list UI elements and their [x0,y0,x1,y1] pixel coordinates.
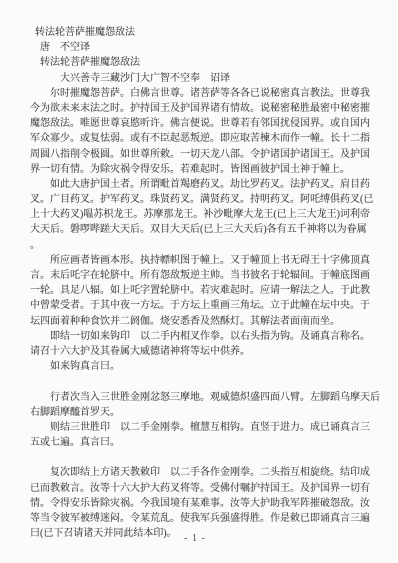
text-line: 魔怨敌法。唯愿世尊哀愍听许。佛言便说。世尊若有邻国扰侵国界。或自国内 [30,116,382,131]
text-line: 情。令得安乐皆除灾祸。今我国境有某难事。汝等大护助我军阵摧破怨敌。汝 [30,496,382,511]
text-line: 尔时摧魔怨菩萨。白佛言世尊。诸菩萨等各各已说秘密真言教法。世尊我 [30,86,382,101]
text-line: 唐 不空译 [30,40,382,55]
sutra-text-block: 转法轮菩萨摧魔怨敌法 唐 不空译 转法轮菩萨摧魔怨敌法 大兴善寺三藏沙门大广智不… [30,25,382,541]
text-line: 即结一切如来钩印 以二手内相叉作拳。以右头指为钩。及诵真言称名。 [30,329,382,344]
text-line: 一轮。具足八辐。如上吒字置轮脐中。若灾难起时。应请一解法之人。于此教 [30,283,382,298]
text-line: 右脚蹈摩醯首罗天。 [30,405,382,420]
text-line: 上十大药叉)嗢苏枳龙王。苏摩那龙王。补沙毗摩大龙王(已上三大龙王)诃利帝 [30,207,382,222]
text-line: 如来钩真言曰。 [30,359,382,374]
text-line: 叉。广目药叉。护军药叉。珠贤药叉。满贤药叉。持明药叉。阿吒缚俱药叉(已 [30,192,382,207]
page-number: - 1 - [0,533,390,544]
text-line: 界一切有情。为除灾祸令得安乐。若难起时。皆图画彼护国土神于幢上。 [30,162,382,177]
text-line: 则结三世胜印 以二手金刚拳。檀慧互相钩。直竖于进力。成已诵真言三 [30,420,382,435]
text-line: 中曾蒙受者。于其中夜一方坛。于方坛上重画三角坛。立于此幢在坛中央。于 [30,298,382,313]
text-line: 周圆八指削令极圆。如世尊所敕。一切天龙八部。令护诸国护诸国王。及护国 [30,147,382,162]
text-line: 所应画者皆画本形。执持幖帜图于幢上。又于幢顶上书无碍王十字佛顶真 [30,253,382,268]
text-line: 如此大唐护国土者。所谓毗首羯磨药叉。劫比罗药叉。法护药叉。肩目药 [30,177,382,192]
text-line: 转法轮菩萨摧魔怨敌法 [30,55,382,70]
text-line: 军众寡少。或复怯弱。或有不臣起恶叛逆。即应取苦楝木而作一幢。长十二指 [30,131,382,146]
text-line: 等当令彼军被缚迷闷。令某荒乱。使我军兵强盛得胜。作是敕已即诵真言三遍 [30,511,382,526]
text-line [30,374,382,389]
text-line: 坛四面着种种食饮并二阏伽。烧安悉香及然酥灯。其解法者面南而坐。 [30,314,382,329]
text-line: 言。末后吒字在轮脐中。所有怨敌叛逆主帅。当书彼名于轮辐间。于幢底图画 [30,268,382,283]
text-line: 行者次当入三世胜金刚忿怒三摩地。观威德炽盛四面八臂。左脚蹈乌摩天后 [30,390,382,405]
text-line: 转法轮菩萨摧魔怨敌法 [30,25,382,40]
text-line: 。 [30,238,382,253]
text-line [30,450,382,465]
text-line: 大兴善寺三藏沙门大广智不空奉 诏译 [30,71,382,86]
text-line: 复次即结上方诸天教敕印 以二手各作金刚拳。二头指互相旋绕。结印成 [30,465,382,480]
text-line: 已而教敕言。汝等十六大护大药叉将等。受佛付嘱护持国王。及护国界一切有 [30,481,382,496]
scanned-sutra-page: 转法轮菩萨摧魔怨敌法 唐 不空译 转法轮菩萨摧魔怨敌法 大兴善寺三藏沙门大广智不… [0,0,398,563]
text-line: 五或七遍。真言曰。 [30,435,382,450]
text-line: 今为欲未来末法之时。护持国王及护国界诸有情故。说秘密秘胜最密中秘密摧 [30,101,382,116]
text-line: 请召十六大护及其眷属大威德诸神将等坛中供养。 [30,344,382,359]
text-line: 大天后。磐啰哔蹉大天后。双目大天后(已上三大天后)各有五千神将以为眷属 [30,222,382,237]
